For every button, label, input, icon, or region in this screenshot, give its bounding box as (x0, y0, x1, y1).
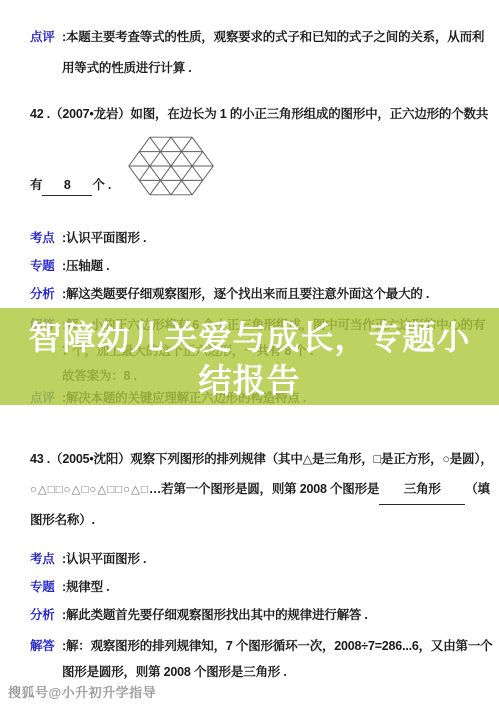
q42-fenxi-entry: 分析 :解这类题要仔细观察图形，逐个找出来而且要注意外面这个最大的 . (0, 284, 499, 304)
q43-kaodian-entry: 考点 :认识平面图形 . (0, 549, 499, 569)
kaodian-label: 考点 (30, 549, 55, 569)
zhuanti-label: 专题 (30, 577, 55, 597)
zhuanti-label: 专题 (30, 256, 55, 276)
q43-jieda-entry: 解答 :解：观察图形的排列规律知，7 个图形循环一次，2008÷7=286...… (0, 633, 499, 685)
watermark: 搜狐号@小升初升学指导 (8, 682, 156, 701)
q43-fenxi-entry: 分析 :解此类题首先要仔细观察图形找出其中的规律进行解答 . (0, 605, 499, 625)
kaodian-label: 考点 (30, 228, 55, 248)
q43-stem-part2: 若第一个图形是圆，则第 2008 个图形是 (161, 482, 379, 496)
comment-text: :本题主要考查等式的性质，观察要求的式子和已知的式子之间的关系，从而利用等式的性… (62, 30, 484, 75)
q43-zhuanti-entry: 专题 :规律型 . (0, 577, 499, 597)
fenxi-text: :解此类题首先要仔细观察图形找出其中的规律进行解答 . (62, 608, 368, 622)
jieda-text: :解：观察图形的排列规律知，7 个图形循环一次，2008÷7=286...6，又… (62, 639, 492, 679)
q42-answer-suffix: 个 . (92, 178, 111, 192)
fenxi-text: :解这类题要仔细观察图形，逐个找出来而且要注意外面这个最大的 . (62, 287, 429, 301)
q42-kaodian-entry: 考点 :认识平面图形 . (0, 228, 499, 248)
worksheet-page: 点评 :本题主要考查等式的性质，观察要求的式子和已知的式子之间的关系，从而利用等… (0, 0, 499, 706)
fenxi-label: 分析 (30, 605, 55, 625)
zhuanti-text: :压轴题 . (62, 259, 109, 273)
jieda-label: 解答 (30, 633, 55, 659)
q42-zhuanti-entry: 专题 :压轴题 . (0, 256, 499, 276)
overlay-banner-title: 智障幼儿关爱与成长，专题小结报告 (26, 316, 473, 402)
answer-blank: 8 (42, 175, 92, 196)
comment-label: 点评 (30, 22, 55, 53)
q43-stem-part1: 43 .（2005•沈阳）观察下列图形的排列规律（其中△是三角形，□是正方形，○… (30, 452, 493, 466)
zhuanti-text: :规律型 . (62, 580, 109, 594)
kaodian-text: :认识平面图形 . (62, 552, 146, 566)
q41-comment-entry: 点评 :本题主要考查等式的性质，观察要求的式子和已知的式子之间的关系，从而利用等… (0, 22, 499, 84)
shape-sequence: ○△□□○△□○△□□○△□ (30, 484, 149, 496)
overlay-banner: 智障幼儿关爱与成长，专题小结报告 (0, 308, 499, 405)
hexagon-figure (123, 134, 219, 198)
q42-answer-prefix: 有 (30, 178, 42, 192)
kaodian-text: :认识平面图形 . (62, 231, 146, 245)
sequence-ellipsis: … (149, 482, 161, 496)
answer-blank: 三角形 (379, 474, 465, 505)
fenxi-label: 分析 (30, 284, 55, 304)
q43-stem: 43 .（2005•沈阳）观察下列图形的排列规律（其中△是三角形，□是正方形，○… (30, 444, 495, 535)
q42-stem: 42 .（2007•龙岩）如图，在边长为 1 的小正三角形组成的图形中，正六边形… (30, 104, 495, 124)
q42-answer-line: 有8个 . (30, 175, 111, 196)
q42-figure-row: 有8个 . (30, 130, 499, 198)
